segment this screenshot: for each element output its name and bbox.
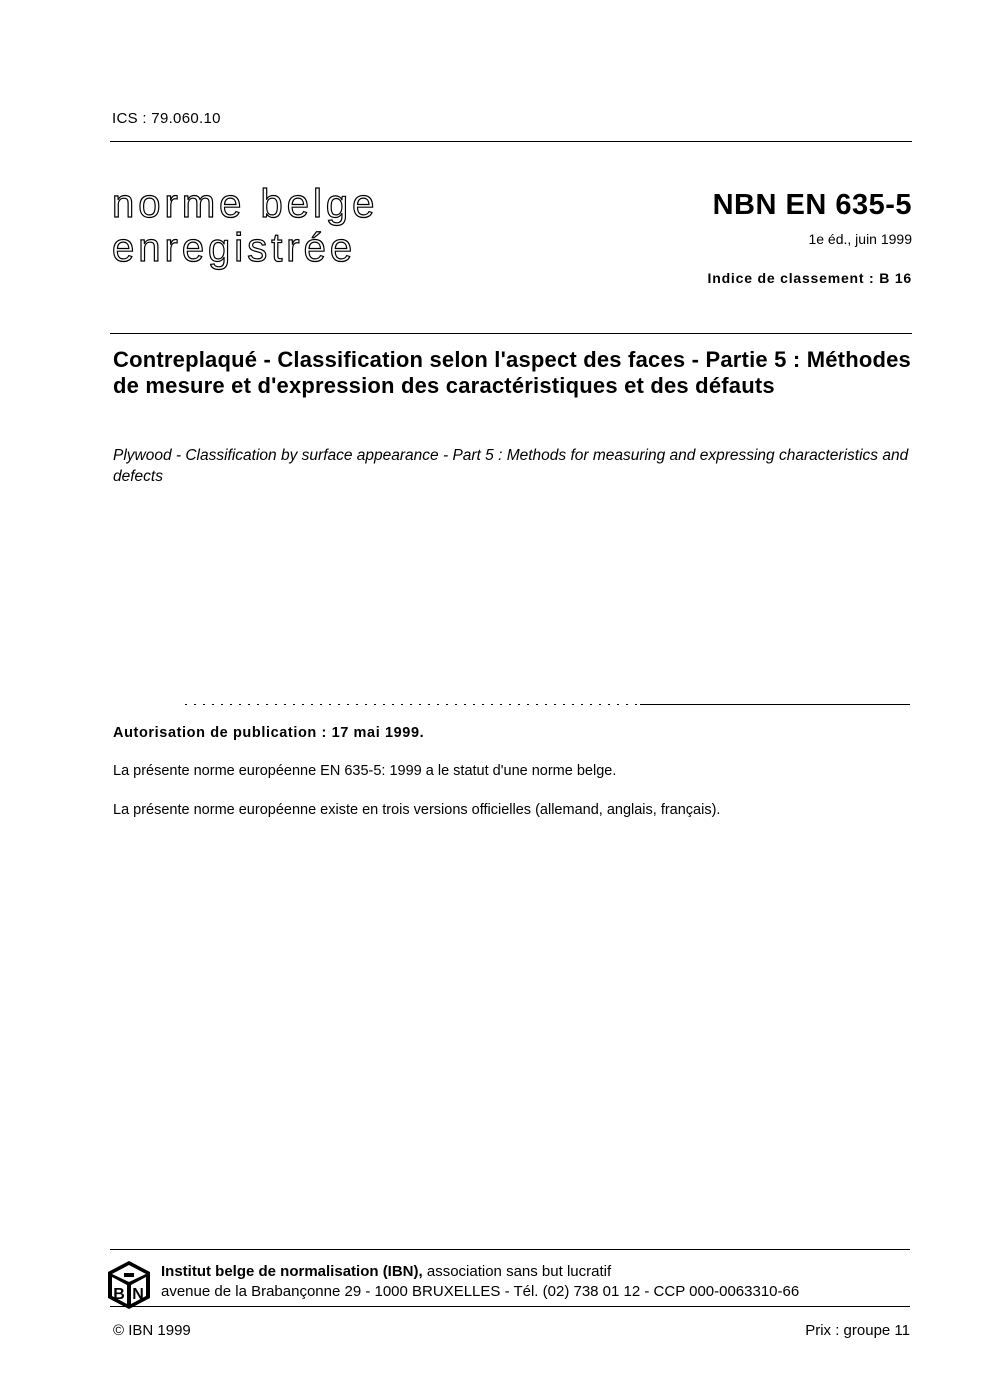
edition-date: 1e éd., juin 1999 [808,231,912,247]
institute-description: association sans but lucratif [423,1263,611,1280]
publication-authorization: Autorisation de publication : 17 mai 199… [113,725,424,741]
section-dotted-rule [185,704,640,705]
versions-paragraph: La présente norme européenne existe en t… [113,802,720,818]
footer-rule-top [110,1249,910,1250]
section-rule [640,704,910,705]
brand-title-line2: enregistrée [112,226,378,270]
institute-line: Institut belge de normalisation (IBN), a… [161,1263,611,1280]
classification-index: Indice de classement : B 16 [708,270,912,286]
institute-name: Institut belge de normalisation (IBN), [161,1263,423,1280]
document-title-english: Plywood - Classification by surface appe… [113,445,913,487]
copyright: © IBN 1999 [113,1322,191,1339]
brand-title: norme belge enregistrée [112,182,378,270]
ibn-cube-logo-icon: B N [106,1260,152,1310]
svg-text:B: B [113,1286,125,1303]
brand-title-line1: norme belge [112,182,378,226]
standard-number: NBN EN 635-5 [713,189,912,222]
status-paragraph: La présente norme européenne EN 635-5: 1… [113,763,616,779]
institute-address: avenue de la Brabançonne 29 - 1000 BRUXE… [161,1283,799,1300]
title-rule [110,333,912,334]
svg-text:N: N [132,1286,144,1303]
header-rule-top [110,141,912,142]
footer-rule-bottom [110,1306,910,1307]
document-title-french: Contreplaqué - Classification selon l'as… [113,347,913,399]
price-group: Prix : groupe 11 [805,1322,910,1339]
ics-code: ICS : 79.060.10 [112,110,221,127]
